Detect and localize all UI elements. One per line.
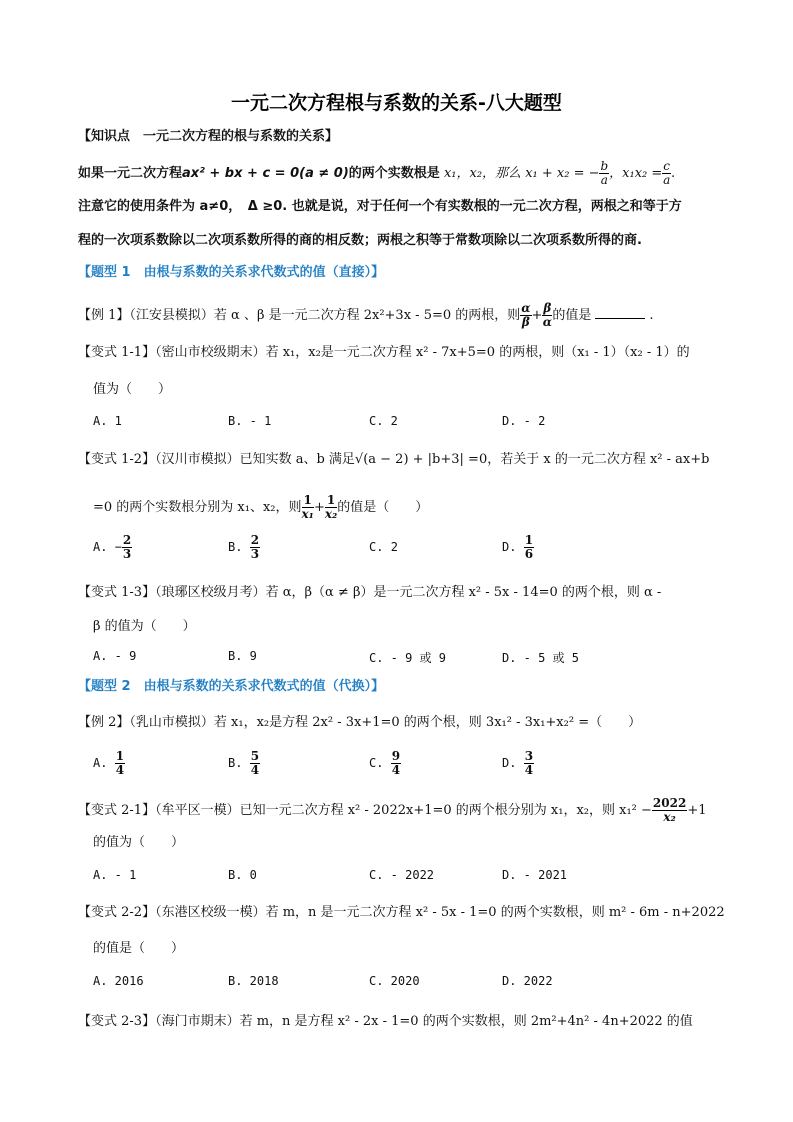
option-c: C. 2020: [369, 974, 420, 988]
option-a: A. 14: [93, 750, 125, 777]
quadratic-equation: ax² + bx + c = 0(a ≠ 0): [182, 166, 349, 181]
option-b: B. 54: [228, 750, 260, 777]
option-d: D. 34: [502, 750, 534, 777]
example-1: 【例 1】（江安县模拟）若 α 、β 是一元二次方程 2x²+3x - 5=0 …: [78, 302, 654, 329]
option-d: D. - 2021: [502, 868, 567, 882]
option-d: D. 16: [502, 534, 534, 561]
variant-1-2: 【变式 1-2】（汉川市模拟）已知实数 a、b 满足√(a − 2) + |b+…: [78, 451, 709, 469]
knowledge-heading: 【知识点 一元二次方程的根与系数的关系】: [78, 128, 338, 146]
option-c: C. 2: [369, 540, 398, 554]
sum-fraction: ba: [599, 160, 609, 187]
variant-1-1: 【变式 1-1】（密山市校级期末）若 x₁，x₂是一元二次方程 x² - 7x+…: [78, 344, 690, 362]
option-b: B. 2018: [228, 974, 279, 988]
option-d: D. 2022: [502, 974, 553, 988]
option-c: C. 2: [369, 414, 398, 428]
example-2: 【例 2】（乳山市模拟）若 x₁，x₂是方程 2x² - 3x+1=0 的两个根…: [78, 714, 641, 732]
variant-2-3: 【变式 2-3】（海门市期末）若 m，n 是方程 x² - 2x - 1=0 的…: [78, 1013, 693, 1031]
option-c: C. - 2022: [369, 868, 434, 882]
option-b: B. 9: [228, 649, 257, 663]
variant-1-3: 【变式 1-3】（琅琊区校级月考）若 α，β（α ≠ β）是一元二次方程 x² …: [78, 584, 661, 602]
option-a: A. −23: [93, 534, 132, 561]
option-a: A. 1: [93, 414, 122, 428]
section-1-heading: 【题型 1 由根与系数的关系求代数式的值（直接）】: [78, 264, 384, 282]
document-page: 一元二次方程根与系数的关系-八大题型 【知识点 一元二次方程的根与系数的关系】 …: [0, 0, 793, 1122]
option-a: A. - 9: [93, 649, 136, 663]
variant-1-3-cont: β 的值为（ ）: [93, 618, 196, 636]
knowledge-note-1: 注意它的使用条件为 a≠0， Δ ≥0. 也就是说，对于任何一个有实数根的一元二…: [78, 198, 682, 216]
variant-1-2-cont: =0 的两个实数根分别为 x₁、x₂，则1x₁+1x₂的值是（ ）: [93, 494, 428, 521]
option-c: C. 94: [369, 750, 401, 777]
answer-blank: [595, 318, 645, 319]
section-2-heading: 【题型 2 由根与系数的关系求代数式的值（代换）】: [78, 678, 384, 696]
variant-2-1: 【变式 2-1】（牟平区一模）已知一元二次方程 x² - 2022x+1=0 的…: [78, 797, 707, 824]
option-d: D. - 5 或 5: [502, 649, 579, 666]
option-a: A. 2016: [93, 974, 144, 988]
option-b: B. 23: [228, 534, 260, 561]
page-title: 一元二次方程根与系数的关系-八大题型: [0, 88, 793, 115]
variant-1-1-cont: 值为（ ）: [93, 381, 171, 399]
variant-2-2: 【变式 2-2】（东港区校级一模）若 m，n 是一元二次方程 x² - 5x -…: [78, 904, 725, 922]
option-b: B. - 1: [228, 414, 271, 428]
option-d: D. - 2: [502, 414, 545, 428]
knowledge-formula-line: 如果一元二次方程ax² + bx + c = 0(a ≠ 0)的两个实数根是 x…: [78, 160, 675, 187]
product-fraction: ca: [662, 160, 671, 187]
option-b: B. 0: [228, 868, 257, 882]
variant-2-2-cont: 的值是（ ）: [93, 940, 184, 958]
variant-2-1-cont: 的值为（ ）: [93, 834, 184, 852]
option-a: A. - 1: [93, 868, 136, 882]
option-c: C. - 9 或 9: [369, 649, 446, 666]
knowledge-note-2: 程的一次项系数除以二次项系数所得的商的相反数；两根之积等于常数项除以二次项系数所…: [78, 232, 642, 250]
